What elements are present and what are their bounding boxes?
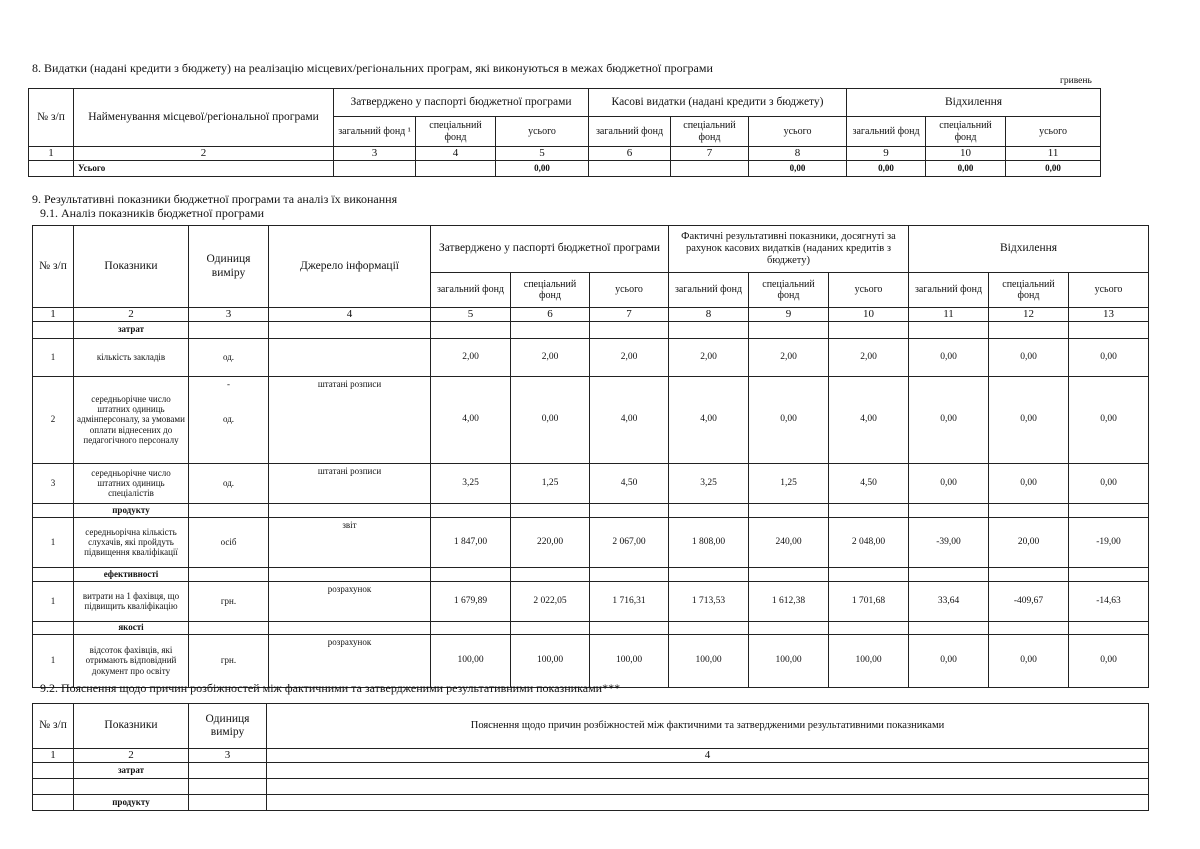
group-unit-cell (189, 321, 269, 338)
group-empty-cell (431, 567, 511, 581)
value-cell: 100,00 (749, 634, 829, 687)
value-cell: 0,00 (989, 376, 1069, 463)
value-cell: 20,00 (989, 517, 1069, 567)
indicator-name (74, 779, 189, 795)
column-number: 1 (33, 749, 74, 763)
header-deviation: Відхилення (909, 226, 1149, 273)
unit-cell: од. (189, 338, 269, 376)
value-cell: 2,00 (669, 338, 749, 376)
row-num: 1 (33, 634, 74, 687)
header-general-fund: загальний фонд (431, 273, 511, 308)
value-cell: 1 716,31 (590, 581, 669, 621)
header-total: усього (1069, 273, 1149, 308)
group-empty-cell (989, 503, 1069, 517)
group-source-cell (269, 321, 431, 338)
group-empty-cell (1069, 621, 1149, 634)
value-cell: 3,25 (431, 463, 511, 503)
value-cell: 2,00 (829, 338, 909, 376)
value-cell: 2 022,05 (511, 581, 590, 621)
header-total: усього (749, 117, 847, 147)
column-number: 2 (74, 749, 189, 763)
header-explanation: Пояснення щодо причин розбіжностей між ф… (267, 704, 1149, 749)
group-empty-cell (1069, 321, 1149, 338)
group-empty-cell (590, 621, 669, 634)
indicator-name: кількість закладів (74, 338, 189, 376)
value-cell: 220,00 (511, 517, 590, 567)
group-empty-cell (590, 321, 669, 338)
row-num: 1 (33, 517, 74, 567)
value-cell: 1,25 (749, 463, 829, 503)
group-empty-cell (511, 621, 590, 634)
column-number: 2 (74, 308, 189, 322)
group-empty-cell (829, 321, 909, 338)
column-number: 4 (416, 147, 496, 161)
indicator-name: затрат (74, 763, 189, 779)
group-empty-cell (590, 503, 669, 517)
header-special-fund: спеціальний фонд (749, 273, 829, 308)
header-num: № з/п (33, 226, 74, 308)
header-indicators: Показники (74, 226, 189, 308)
group-name: продукту (74, 503, 189, 517)
value-cell: 100,00 (829, 634, 909, 687)
value-cell: 0,00 (1069, 338, 1149, 376)
column-number: 3 (334, 147, 416, 161)
group-empty-cell (431, 321, 511, 338)
row-num-cell (33, 763, 74, 779)
value-cell: 100,00 (431, 634, 511, 687)
group-empty-cell (669, 321, 749, 338)
unit-cell: грн. (189, 634, 269, 687)
group-empty-cell (829, 621, 909, 634)
currency-unit-label: гривень (1060, 76, 1092, 86)
table-row: продукту (33, 795, 1149, 811)
group-empty-cell (989, 321, 1069, 338)
group-empty-cell (909, 321, 989, 338)
value-cell: 100,00 (511, 634, 590, 687)
source-cell (269, 338, 431, 376)
section-8-table: № з/п Найменування місцевої/регіональної… (28, 88, 1101, 177)
column-number: 9 (749, 308, 829, 322)
value-cell: 0,00 (511, 376, 590, 463)
section-9-1-title: 9.1. Аналіз показників бюджетної програм… (40, 206, 264, 221)
group-empty-cell (669, 503, 749, 517)
value-cell: -409,67 (989, 581, 1069, 621)
value-cell: 0,00 (989, 463, 1069, 503)
indicator-name: відсоток фахівців, які отримають відпові… (74, 634, 189, 687)
row-num: 1 (33, 338, 74, 376)
header-total: усього (829, 273, 909, 308)
value-cell: 0,00 (989, 634, 1069, 687)
row-num: 1 (33, 581, 74, 621)
column-number: 2 (74, 147, 334, 161)
value-cell: 3,25 (669, 463, 749, 503)
section-9-1-table: № з/п Показники Одиниця виміру Джерело і… (32, 225, 1149, 688)
group-num-cell (33, 621, 74, 634)
header-general-fund: загальний фонд (847, 117, 926, 147)
source-cell: штатані розписи (269, 376, 431, 463)
total-label: Усього (74, 161, 334, 177)
table-row: 1витрати на 1 фахівця, що підвищить квал… (33, 581, 1149, 621)
total-value: 0,00 (496, 161, 589, 177)
group-empty-cell (989, 621, 1069, 634)
section-9-title: 9. Результативні показники бюджетної про… (32, 192, 397, 207)
value-cell: 1,25 (511, 463, 590, 503)
value-cell: 4,00 (590, 376, 669, 463)
unit-cell: од. (189, 463, 269, 503)
header-total: усього (590, 273, 669, 308)
column-numbers-row: 1234 (33, 749, 1149, 763)
group-source-cell (269, 503, 431, 517)
group-empty-cell (590, 567, 669, 581)
group-empty-cell (909, 503, 989, 517)
group-row: продукту (33, 503, 1149, 517)
unit-top-mark: - (189, 379, 268, 389)
value-cell: 0,00 (909, 338, 989, 376)
value-cell: 0,00 (749, 376, 829, 463)
column-numbers-row: 12345678910111213 (33, 308, 1149, 322)
group-empty-cell (511, 567, 590, 581)
section-9-2-title: 9.2. Пояснення щодо причин розбіжностей … (40, 681, 620, 696)
header-source: Джерело інформації (269, 226, 431, 308)
source-cell: розрахунок (269, 581, 431, 621)
column-number: 11 (909, 308, 989, 322)
column-number: 6 (511, 308, 590, 322)
column-numbers-row: 1234567891011 (29, 147, 1101, 161)
column-number: 1 (33, 308, 74, 322)
column-number: 10 (926, 147, 1006, 161)
unit-cell: осіб (189, 517, 269, 567)
header-approved: Затверджено у паспорті бюджетної програм… (431, 226, 669, 273)
column-number: 12 (989, 308, 1069, 322)
value-cell: 2 067,00 (590, 517, 669, 567)
value-cell: -19,00 (1069, 517, 1149, 567)
column-number: 11 (1006, 147, 1101, 161)
group-empty-cell (1069, 567, 1149, 581)
unit-value: грн. (221, 596, 236, 606)
value-cell: 2,00 (431, 338, 511, 376)
explanation-cell (267, 795, 1149, 811)
group-row: якості (33, 621, 1149, 634)
header-special-fund: спеціальний фонд (511, 273, 590, 308)
column-number: 3 (189, 749, 267, 763)
group-unit-cell (189, 503, 269, 517)
group-num-cell (33, 321, 74, 338)
value-cell: 1 679,89 (431, 581, 511, 621)
group-num-cell (33, 567, 74, 581)
explanation-cell (267, 779, 1149, 795)
header-cash-expenses: Касові видатки (надані кредити з бюджету… (589, 89, 847, 117)
value-cell: 240,00 (749, 517, 829, 567)
group-empty-cell (909, 621, 989, 634)
value-cell: 100,00 (669, 634, 749, 687)
row-num-cell (33, 779, 74, 795)
group-source-cell (269, 621, 431, 634)
header-num: № з/п (29, 89, 74, 147)
value-cell: -39,00 (909, 517, 989, 567)
header-general-fund: загальний фонд (589, 117, 671, 147)
column-number: 6 (589, 147, 671, 161)
total-value (671, 161, 749, 177)
header-actual: Фактичні результативні показники, досягн… (669, 226, 909, 273)
source-cell: розрахунок (269, 634, 431, 687)
column-number: 7 (590, 308, 669, 322)
value-cell: 1 847,00 (431, 517, 511, 567)
header-approved: Затверджено у паспорті бюджетної програм… (334, 89, 589, 117)
table-row: затрат (33, 763, 1149, 779)
indicator-name: середньорічна кількість слухачів, які пр… (74, 517, 189, 567)
total-value (416, 161, 496, 177)
group-empty-cell (749, 567, 829, 581)
group-source-cell (269, 567, 431, 581)
group-empty-cell (829, 567, 909, 581)
group-empty-cell (669, 567, 749, 581)
table-row: 1середньорічна кількість слухачів, які п… (33, 517, 1149, 567)
column-number: 9 (847, 147, 926, 161)
value-cell: 2 048,00 (829, 517, 909, 567)
indicator-name: витрати на 1 фахівця, що підвищить квалі… (74, 581, 189, 621)
header-general-fund: загальний фонд (909, 273, 989, 308)
group-empty-cell (829, 503, 909, 517)
indicator-name: середньорічне число штатних одиниць спец… (74, 463, 189, 503)
table-row: 2середньорічне число штатних одиниць адм… (33, 376, 1149, 463)
table-row (33, 779, 1149, 795)
value-cell: 0,00 (1069, 463, 1149, 503)
group-name: ефективності (74, 567, 189, 581)
value-cell: 1 713,53 (669, 581, 749, 621)
explanation-cell (267, 763, 1149, 779)
group-name: якості (74, 621, 189, 634)
column-number: 3 (189, 308, 269, 322)
value-cell: 2,00 (511, 338, 590, 376)
value-cell: 2,00 (590, 338, 669, 376)
value-cell: 4,50 (590, 463, 669, 503)
value-cell: 0,00 (909, 634, 989, 687)
total-value (334, 161, 416, 177)
value-cell: 4,50 (829, 463, 909, 503)
unit-cell: грн. (189, 581, 269, 621)
total-row: Усього 0,000,000,000,000,00 (29, 161, 1101, 177)
unit-value: од. (223, 352, 234, 362)
column-number: 5 (431, 308, 511, 322)
unit-cell: -од. (189, 376, 269, 463)
group-empty-cell (749, 503, 829, 517)
table-row: 1кількість закладівод.2,002,002,002,002,… (33, 338, 1149, 376)
value-cell: 4,00 (829, 376, 909, 463)
header-program-name: Найменування місцевої/регіональної прогр… (74, 89, 334, 147)
column-number: 4 (269, 308, 431, 322)
header-special-fund: спеціальний фонд (926, 117, 1006, 147)
header-special-fund: спеціальний фонд (416, 117, 496, 147)
header-indicators: Показники (74, 704, 189, 749)
total-value: 0,00 (847, 161, 926, 177)
column-number: 13 (1069, 308, 1149, 322)
group-empty-cell (749, 621, 829, 634)
header-special-fund: спеціальний фонд (671, 117, 749, 147)
header-special-fund: спеціальний фонд (989, 273, 1069, 308)
value-cell: 0,00 (1069, 376, 1149, 463)
value-cell: 0,00 (909, 376, 989, 463)
column-number: 10 (829, 308, 909, 322)
group-empty-cell (511, 321, 590, 338)
column-number: 1 (29, 147, 74, 161)
row-num: 2 (33, 376, 74, 463)
unit-value: осіб (221, 537, 237, 547)
source-cell: звіт (269, 517, 431, 567)
column-number: 8 (749, 147, 847, 161)
column-number: 8 (669, 308, 749, 322)
group-row: затрат (33, 321, 1149, 338)
value-cell: 0,00 (909, 463, 989, 503)
table-row: 1відсоток фахівців, які отримають відпов… (33, 634, 1149, 687)
value-cell: -14,63 (1069, 581, 1149, 621)
header-deviation: Відхилення (847, 89, 1101, 117)
indicator-name: середньорічне число штатних одиниць адмі… (74, 376, 189, 463)
value-cell: 33,64 (909, 581, 989, 621)
column-number: 4 (267, 749, 1149, 763)
group-empty-cell (669, 621, 749, 634)
value-cell: 0,00 (1069, 634, 1149, 687)
total-value: 0,00 (926, 161, 1006, 177)
unit-value: од. (223, 478, 234, 488)
group-num-cell (33, 503, 74, 517)
value-cell: 4,00 (431, 376, 511, 463)
source-cell: штатані розписи (269, 463, 431, 503)
group-empty-cell (749, 321, 829, 338)
row-num: 3 (33, 463, 74, 503)
total-value: 0,00 (1006, 161, 1101, 177)
header-general-fund: загальний фонд ¹ (334, 117, 416, 147)
total-value: 0,00 (749, 161, 847, 177)
value-cell: 4,00 (669, 376, 749, 463)
row-num-cell (33, 795, 74, 811)
group-empty-cell (511, 503, 590, 517)
value-cell: 1 701,68 (829, 581, 909, 621)
group-empty-cell (1069, 503, 1149, 517)
total-value (589, 161, 671, 177)
group-empty-cell (431, 503, 511, 517)
group-unit-cell (189, 567, 269, 581)
value-cell: 100,00 (590, 634, 669, 687)
value-cell: 2,00 (749, 338, 829, 376)
group-empty-cell (909, 567, 989, 581)
indicator-name: продукту (74, 795, 189, 811)
header-total: усього (496, 117, 589, 147)
column-number: 5 (496, 147, 589, 161)
header-num: № з/п (33, 704, 74, 749)
header-general-fund: загальний фонд (669, 273, 749, 308)
table-row: 3середньорічне число штатних одиниць спе… (33, 463, 1149, 503)
header-unit: Одиниця виміру (189, 226, 269, 308)
value-cell: 1 612,38 (749, 581, 829, 621)
unit-cell (189, 779, 267, 795)
total-num-cell (29, 161, 74, 177)
group-empty-cell (431, 621, 511, 634)
section-9-2-table: № з/п Показники Одиниця виміру Пояснення… (32, 703, 1149, 811)
unit-value: грн. (221, 655, 236, 665)
group-row: ефективності (33, 567, 1149, 581)
section-8-title: 8. Видатки (надані кредити з бюджету) на… (32, 61, 713, 76)
header-unit: Одиниця виміру (189, 704, 267, 749)
group-name: затрат (74, 321, 189, 338)
unit-cell (189, 795, 267, 811)
value-cell: 0,00 (989, 338, 1069, 376)
unit-value: од. (223, 414, 234, 424)
column-number: 7 (671, 147, 749, 161)
header-total: усього (1006, 117, 1101, 147)
group-unit-cell (189, 621, 269, 634)
group-empty-cell (989, 567, 1069, 581)
value-cell: 1 808,00 (669, 517, 749, 567)
unit-cell (189, 763, 267, 779)
